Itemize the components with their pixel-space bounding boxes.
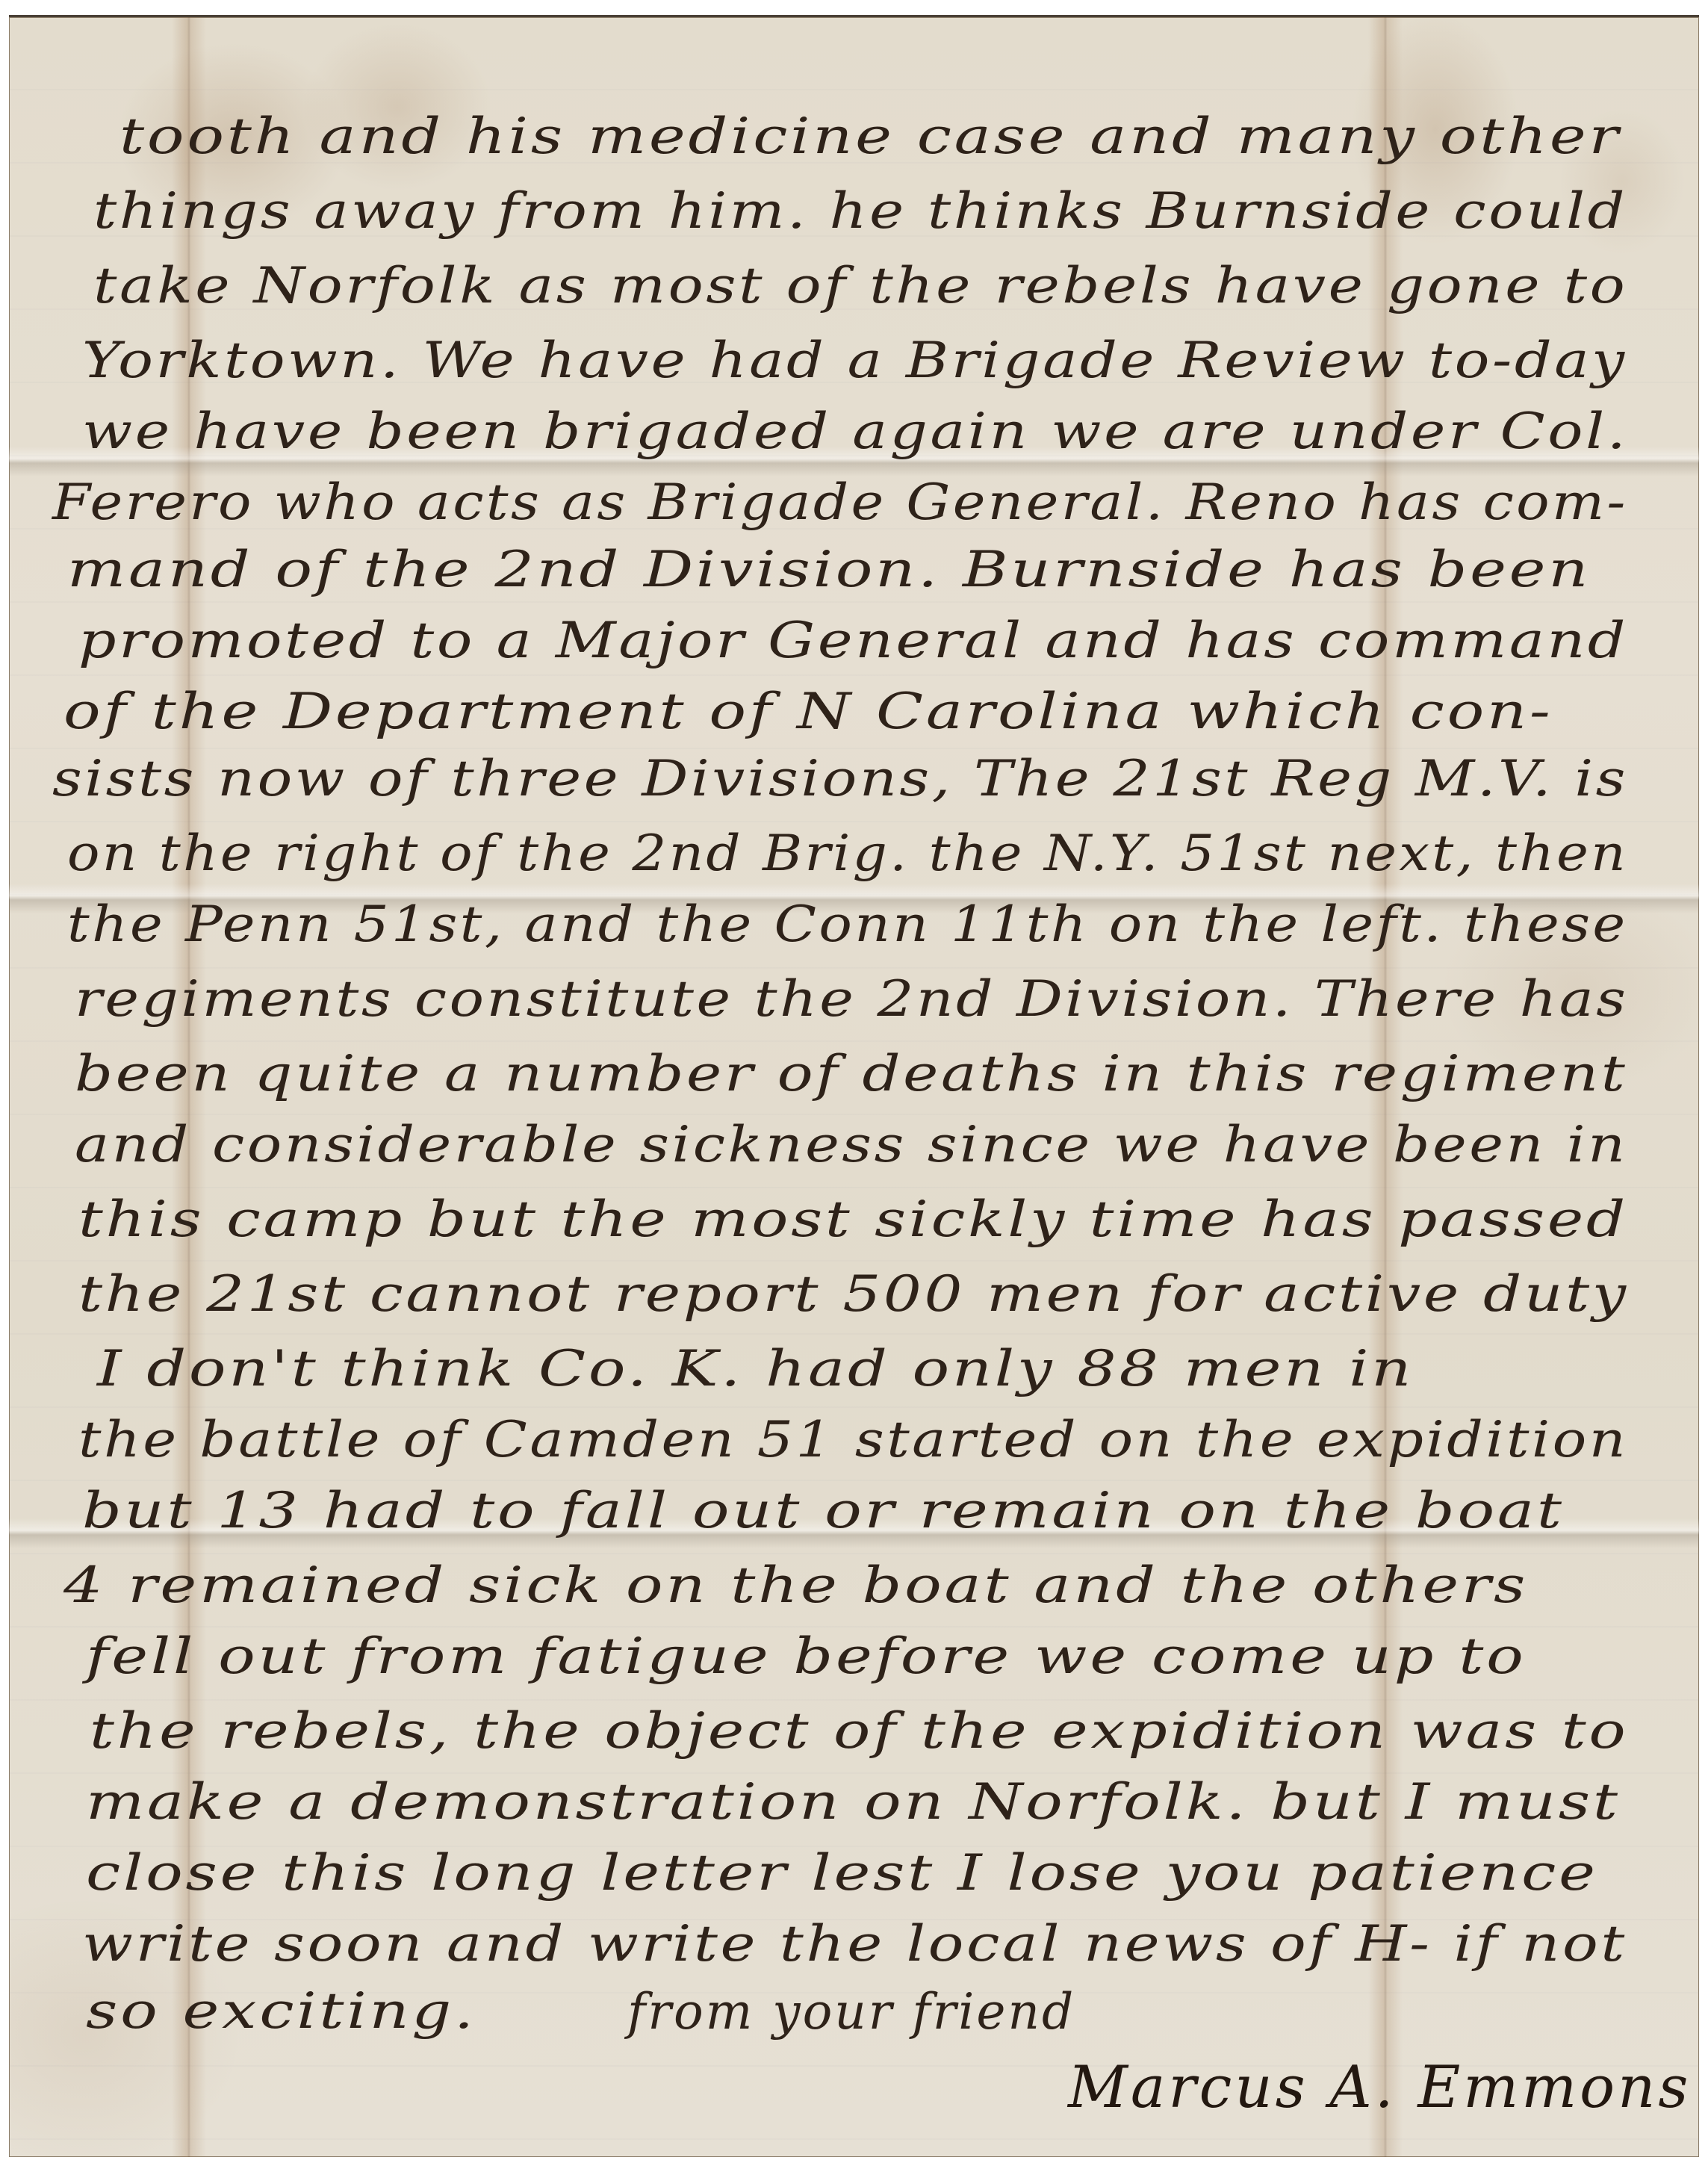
letter-line-4: Yorktown. We have had a Brigade Review t… — [82, 336, 1627, 385]
letter-line-19: the battle of Camden 51 started on the e… — [78, 1415, 1628, 1465]
letter-line-3: take Norfolk as most of the rebels have … — [93, 261, 1627, 311]
letter-line-15: and considerable sickness since we have … — [75, 1120, 1627, 1170]
letter-closing: from your friend — [627, 1983, 1075, 2041]
letter-line-16: this camp but the most sickly time has p… — [78, 1195, 1628, 1244]
signature: Marcus A. Emmons — [1068, 2054, 1691, 2121]
letter-line-12: the Penn 51st, and the Conn 11th on the … — [67, 900, 1628, 949]
letter-line-20: but 13 had to fall out or remain on the … — [82, 1486, 1565, 1536]
letter-line-5: we have been brigaded again we are under… — [82, 407, 1628, 456]
letter-line-7: mand of the 2nd Division. Burnside has b… — [67, 545, 1591, 595]
letter-line-21: 4 remained sick on the boat and the othe… — [63, 1561, 1528, 1610]
letter-line-8: promoted to a Major General and has comm… — [78, 616, 1628, 665]
letter-line-11: on the right of the 2nd Brig. the N.Y. 5… — [67, 829, 1628, 878]
letter-line-27: so exciting. — [86, 1987, 476, 2036]
letter-line-22: fell out from fatigue before we come up … — [86, 1632, 1527, 1681]
letter-line-10: sists now of three Divisions, The 21st R… — [52, 754, 1628, 804]
letter-line-9: of the Department of N Carolina which co… — [63, 687, 1553, 736]
letter-line-17: the 21st cannot report 500 men for activ… — [78, 1270, 1629, 1319]
letter-line-25: close this long letter lest I lose you p… — [86, 1849, 1598, 1898]
letter-line-23: the rebels, the object of the expidition… — [90, 1707, 1628, 1756]
letter-line-13: regiments constitute the 2nd Division. T… — [75, 975, 1628, 1024]
letter-line-6: Ferero who acts as Brigade General. Reno… — [52, 478, 1628, 527]
letter-line-18: I don't think Co. K. had only 88 men in — [97, 1344, 1414, 1394]
letter-line-14: been quite a number of deaths in this re… — [75, 1049, 1627, 1099]
letter-line-26: write soon and write the local news of H… — [82, 1920, 1627, 1969]
letter-line-24: make a demonstration on Norfolk. but I m… — [86, 1778, 1621, 1827]
letter-line-2: things away from him. he thinks Burnside… — [93, 187, 1627, 236]
letter-line-1: tooth and his medicine case and many oth… — [119, 112, 1621, 161]
